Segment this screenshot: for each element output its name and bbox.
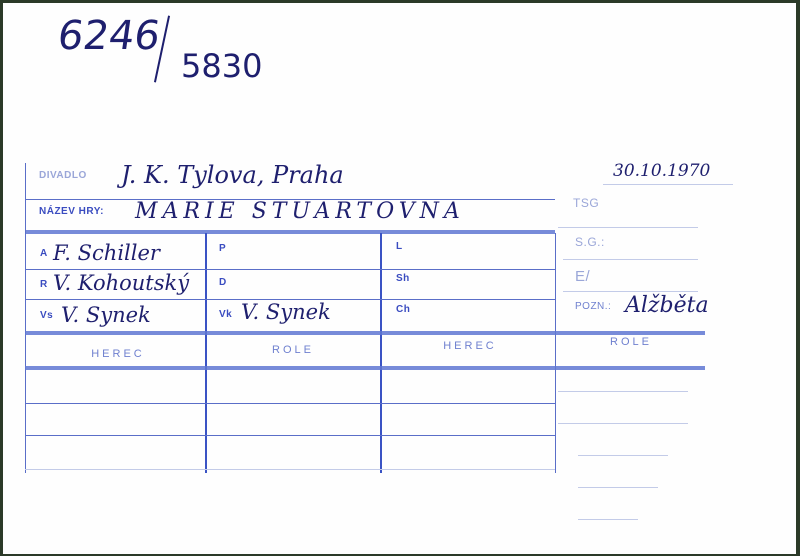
divider [25, 230, 555, 234]
vk-label: Vk [219, 309, 232, 320]
date-value: 30.10.1970 [613, 161, 710, 181]
divider [563, 291, 698, 292]
table-row [558, 391, 688, 392]
table-row [558, 423, 688, 424]
table-row [25, 469, 555, 470]
divider [555, 233, 556, 473]
nazev-hry-label: NÁZEV HRY: [39, 206, 104, 217]
column-header-herec: HEREC [33, 348, 203, 360]
tsg-label: TSG [573, 196, 599, 210]
column-header-role: ROLE [208, 344, 378, 356]
a-label: A [40, 248, 48, 259]
divider [563, 259, 698, 260]
e-label: E/ [575, 268, 590, 285]
divider [25, 331, 705, 335]
divadlo-label: DIVADLO [39, 170, 87, 181]
table-row [25, 403, 555, 404]
archive-card: 6246 5830 DIVADLO J. K. Tylova, Praha 30… [3, 3, 796, 554]
sg-label: S.G.: [575, 235, 605, 249]
divider [558, 227, 698, 228]
a-value: F. Schiller [53, 241, 160, 265]
divadlo-value: J. K. Tylova, Praha [121, 161, 344, 189]
divider [25, 163, 26, 473]
r-label: R [40, 279, 48, 290]
divider [25, 366, 705, 370]
nazev-hry-value: MARIE STUARTOVNA [135, 199, 465, 224]
table-row [25, 435, 555, 436]
divider [25, 269, 555, 270]
p-label: P [219, 243, 226, 254]
ch-label: Ch [396, 304, 410, 315]
sh-label: Sh [396, 273, 410, 284]
d-label: D [219, 277, 227, 288]
l-label: L [396, 241, 403, 252]
vk-value: V. Synek [241, 300, 331, 324]
pozn-label: POZN.: [575, 301, 611, 312]
divider [603, 184, 733, 185]
vs-value: V. Synek [61, 303, 151, 327]
column-header-role: ROLE [561, 336, 701, 348]
r-value: V. Kohoutský [53, 271, 189, 295]
column-header-herec: HEREC [385, 340, 555, 352]
secondary-number: 5830 [181, 47, 262, 85]
vs-label: Vs [40, 310, 53, 321]
table-row [578, 519, 638, 520]
inventory-number: 6246 [55, 13, 163, 59]
table-row [578, 487, 658, 488]
table-row [578, 455, 668, 456]
pozn-value: Alžběta [625, 293, 709, 318]
